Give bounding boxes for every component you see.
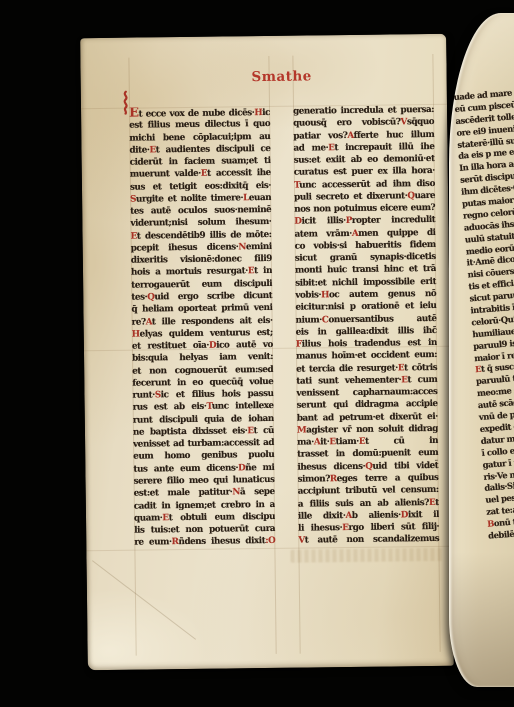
rubricated-letter: D <box>209 341 216 351</box>
rubricated-letter: Q <box>147 292 154 302</box>
rubricated-letter: E <box>248 267 254 277</box>
rubricated-letter: L <box>243 193 249 203</box>
rubricated-letter: D <box>294 217 301 227</box>
rubricated-letter: C <box>322 315 329 325</box>
rubricated-letter: D <box>401 510 408 520</box>
rubricated-letter: :O <box>265 536 275 546</box>
rubricated-letter: A <box>345 511 352 521</box>
rubricated-letter: A <box>146 317 152 327</box>
facing-page-text: uade ad mare eteū cum pisceū q̄ascēderit… <box>453 85 514 543</box>
text-column-2: generatio incredula et puersa:quousq̄ er… <box>293 104 439 547</box>
text-line: curatus est puer ex illa hora· <box>294 165 435 179</box>
rubricated-letter: E <box>149 145 155 155</box>
rubricated-letter: N <box>238 242 246 252</box>
rubricated-letter: B <box>487 518 494 528</box>
vellum-crease <box>92 560 196 640</box>
text-line: re eum·Rñdens ihesus dixit:O <box>134 535 275 549</box>
rubricated-letter: E <box>129 106 139 120</box>
rubricated-letter: H <box>132 329 140 339</box>
text-line: est filius meus dilectus ī quo <box>129 118 270 132</box>
rubricated-letter: R <box>330 474 337 484</box>
text-line: eicitur:nisi p orationē et ieiu <box>295 300 436 314</box>
manuscript-right-page: uade ad mare eteū cum pisceū q̄ascēderit… <box>449 13 514 687</box>
rubricated-letter: Q <box>365 461 372 471</box>
rubricated-letter: T <box>294 180 299 190</box>
rubricated-letter: S <box>155 390 161 400</box>
rubricated-letter: E <box>162 513 168 523</box>
rubricated-letter: A <box>352 229 359 239</box>
rubricated-letter: V <box>400 118 407 128</box>
rubricated-letter: A <box>314 438 321 448</box>
text-line: manus hoīm·et occident eum: <box>296 349 437 363</box>
rubricated-letter: H <box>321 290 329 300</box>
rubricated-letter: V <box>298 536 305 546</box>
rubricated-letter: R <box>172 537 179 547</box>
text-line: bis:quia helyas iam venit: <box>132 351 273 365</box>
rubricated-letter: E <box>329 437 335 447</box>
rubricated-letter: D <box>238 463 245 473</box>
rubricated-letter: E <box>342 523 348 533</box>
rubricated-letter: M <box>297 425 306 435</box>
text-line: Vt autē non scandalizemus <box>298 533 439 547</box>
rubricated-letter: E <box>359 437 365 447</box>
manuscript-photo: Smathe Et ecce vox de nube dicēs·Hicest … <box>0 0 514 707</box>
rubricated-letter: T <box>206 402 211 412</box>
rubricated-letter: S <box>130 194 136 204</box>
rubricated-letter: P <box>346 216 352 226</box>
rubricated-letter: E <box>247 426 253 436</box>
text-line: est:et male patitur·Nā sepe <box>134 486 275 500</box>
running-header: Smathe <box>251 68 312 85</box>
rubricated-letter: E <box>398 363 404 373</box>
rubricated-letter: Q <box>407 191 414 201</box>
manuscript-left-page: Smathe Et ecce vox de nube dicēs·Hicest … <box>80 34 454 670</box>
text-line: muerunt valde·Et accessit ihe <box>130 167 271 181</box>
rubricated-letter: E <box>131 231 137 241</box>
text-line: q̄ heliam oporteat primū veni <box>131 302 272 316</box>
rubricated-letter: H <box>254 108 262 118</box>
rubricated-letter: N <box>232 488 240 498</box>
rubricated-letter: E <box>328 143 334 153</box>
text-line: quousq̄ ero vobiscū?Vsq̄quo <box>293 116 434 130</box>
rubricated-letter: E <box>401 375 407 385</box>
text-line: accipiunt tributū vel censum: <box>298 484 439 498</box>
rubricated-letter: F <box>296 340 302 350</box>
rubricated-letter: E <box>201 169 207 179</box>
ink-show-through <box>290 548 442 563</box>
text-column-1: Et ecce vox de nube dicēs·Hicest filius … <box>129 106 275 549</box>
rubricated-letter: A <box>347 130 353 140</box>
rubricated-letter: E <box>429 497 435 507</box>
rubricated-letter: E <box>475 364 482 374</box>
